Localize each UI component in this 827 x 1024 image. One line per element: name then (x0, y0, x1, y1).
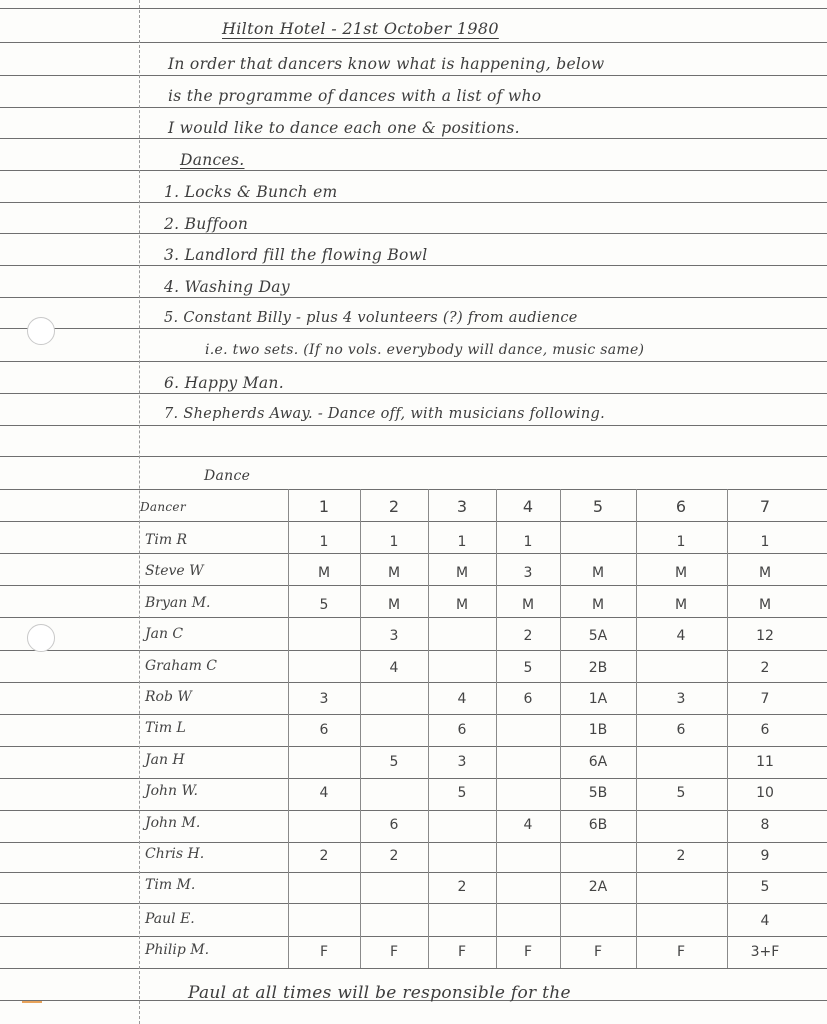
table-cell-position: 4 (428, 691, 496, 707)
ruled-line (0, 297, 827, 298)
ruled-line (0, 553, 827, 554)
table-cell-position: 5 (725, 879, 805, 895)
table-cell-position: 4 (636, 628, 727, 644)
ruled-line (0, 936, 827, 937)
table-cell-position: M (725, 597, 805, 613)
ruled-line (0, 138, 827, 139)
table-cell-position: 1 (360, 534, 428, 550)
table-header-dance-number: 6 (636, 497, 727, 516)
ruled-line (0, 425, 827, 426)
table-cell-position: 3 (288, 691, 360, 707)
table-cell-position: 7 (725, 691, 805, 707)
table-cell-position: F (288, 944, 360, 960)
dancer-name: Jan H (145, 752, 185, 768)
ruled-line (0, 8, 827, 9)
table-cell-position: F (636, 944, 727, 960)
table-cell-position: 3 (360, 628, 428, 644)
dance-item-note: i.e. two sets. (If no vols. everybody wi… (205, 342, 644, 358)
intro-line: I would like to dance each one & positio… (168, 119, 520, 137)
dancer-name: Tim L (145, 720, 186, 736)
table-cell-position: 6 (636, 722, 727, 738)
table-cell-position: M (725, 565, 805, 581)
table-cell-position: M (560, 565, 636, 581)
table-cell-position: 6A (560, 754, 636, 770)
table-cell-position: 5A (560, 628, 636, 644)
dances-heading: Dances. (180, 151, 245, 169)
table-cell-position: 5 (360, 754, 428, 770)
table-cell-position: 1 (636, 534, 727, 550)
dancer-name: Rob W (145, 689, 192, 705)
punch-hole (27, 317, 55, 345)
ruled-line (0, 393, 827, 394)
table-cell-position: M (360, 597, 428, 613)
table-cell-position: 5 (428, 785, 496, 801)
table-cell-position: 3 (428, 754, 496, 770)
ruled-line (0, 778, 827, 779)
table-header-dance-number: 3 (428, 497, 496, 516)
dancer-name: John W. (145, 783, 198, 799)
table-cell-position: 4 (360, 660, 428, 676)
table-cell-position: 12 (725, 628, 805, 644)
ruled-line (0, 968, 827, 969)
dancer-name: Steve W (145, 563, 204, 579)
intro-line: is the programme of dances with a list o… (168, 87, 541, 105)
dancer-name: Jan C (145, 626, 183, 642)
ruled-line (0, 328, 827, 329)
table-cell-position: M (428, 597, 496, 613)
table-cell-position: 9 (725, 848, 805, 864)
table-cell-position: 2 (360, 848, 428, 864)
table-cell-position: M (496, 597, 560, 613)
table-cell-position: 1 (288, 534, 360, 550)
table-header-dance-number: 4 (496, 497, 560, 516)
table-cell-position: 4 (496, 817, 560, 833)
dance-item: 2. Buffoon (164, 215, 248, 233)
table-cell-position: 2 (496, 628, 560, 644)
dance-item: 6. Happy Man. (164, 374, 284, 392)
ruled-line (0, 617, 827, 618)
ruled-line (0, 42, 827, 43)
ruled-line (0, 872, 827, 873)
table-cell-position: 8 (725, 817, 805, 833)
table-header-dance-number: 2 (360, 497, 428, 516)
table-cell-position: 5B (560, 785, 636, 801)
table-cell-position: 2B (560, 660, 636, 676)
ruled-line (0, 810, 827, 811)
table-column-divider (288, 489, 289, 968)
table-corner-dancer-label: Dancer (140, 500, 186, 514)
table-column-divider (636, 489, 637, 968)
table-column-divider (560, 489, 561, 968)
table-column-divider (496, 489, 497, 968)
table-corner-dance-label: Dance (204, 468, 250, 484)
table-cell-position: 6 (725, 722, 805, 738)
table-cell-position: F (428, 944, 496, 960)
table-column-divider (360, 489, 361, 968)
table-cell-position: 2A (560, 879, 636, 895)
dancer-name: Tim M. (145, 877, 195, 893)
table-cell-position: 3+F (725, 944, 805, 960)
table-cell-position: M (360, 565, 428, 581)
table-cell-position: 2 (288, 848, 360, 864)
ruled-line (0, 107, 827, 108)
table-cell-position: F (496, 944, 560, 960)
dance-item: 7. Shepherds Away. - Dance off, with mus… (164, 406, 605, 422)
dance-item: 1. Locks & Bunch em (164, 183, 338, 201)
table-cell-position: 3 (636, 691, 727, 707)
dancer-name: Philip M. (145, 942, 209, 958)
dancer-name: Bryan M. (145, 595, 211, 611)
table-cell-position: 6 (288, 722, 360, 738)
ruled-line (0, 585, 827, 586)
stray-mark (22, 1001, 42, 1003)
table-cell-position: 1A (560, 691, 636, 707)
ruled-line (0, 521, 827, 522)
table-header-dance-number: 5 (560, 497, 636, 516)
dancer-name: Chris H. (145, 846, 204, 862)
table-header-dance-number: 7 (725, 497, 805, 516)
table-cell-position: 6B (560, 817, 636, 833)
ruled-line (0, 842, 827, 843)
ruled-line (0, 903, 827, 904)
table-cell-position: 1 (725, 534, 805, 550)
table-column-divider (428, 489, 429, 968)
table-cell-position: 4 (725, 913, 805, 929)
table-cell-position: 10 (725, 785, 805, 801)
ruled-line (0, 361, 827, 362)
intro-line: In order that dancers know what is happe… (168, 55, 604, 73)
ruled-line (0, 650, 827, 651)
ruled-line (0, 456, 827, 457)
table-cell-position: 6 (496, 691, 560, 707)
page-title: Hilton Hotel - 21st October 1980 (222, 19, 499, 38)
table-column-divider (727, 489, 728, 968)
table-cell-position: 1 (428, 534, 496, 550)
table-cell-position: 2 (636, 848, 727, 864)
dance-item: 4. Washing Day (164, 278, 290, 296)
table-cell-position: 3 (496, 565, 560, 581)
dancer-name: Paul E. (145, 911, 195, 927)
ruled-line (0, 170, 827, 171)
dancer-name: Tim R (145, 532, 187, 548)
ruled-line (0, 714, 827, 715)
table-cell-position: 5 (496, 660, 560, 676)
table-cell-position: M (636, 597, 727, 613)
table-cell-position: F (560, 944, 636, 960)
ruled-line (0, 202, 827, 203)
table-cell-position: 2 (428, 879, 496, 895)
dance-item: 5. Constant Billy - plus 4 volunteers (?… (164, 310, 578, 326)
ruled-line (0, 746, 827, 747)
table-cell-position: 5 (636, 785, 727, 801)
ruled-line (0, 489, 827, 490)
dancer-name: Graham C (145, 658, 217, 674)
table-cell-position: 6 (360, 817, 428, 833)
dancer-name: John M. (145, 815, 200, 831)
ruled-line (0, 682, 827, 683)
table-header-dance-number: 1 (288, 497, 360, 516)
table-cell-position: M (428, 565, 496, 581)
table-cell-position: M (560, 597, 636, 613)
table-cell-position: 1 (496, 534, 560, 550)
table-cell-position: F (360, 944, 428, 960)
table-cell-position: 1B (560, 722, 636, 738)
table-cell-position: 4 (288, 785, 360, 801)
footer-note: Paul at all times will be responsible fo… (188, 983, 571, 1003)
table-cell-position: M (288, 565, 360, 581)
ruled-line (0, 233, 827, 234)
ruled-line (0, 265, 827, 266)
ruled-line (0, 75, 827, 76)
table-cell-position: 5 (288, 597, 360, 613)
punch-hole (27, 624, 55, 652)
table-cell-position: 6 (428, 722, 496, 738)
table-cell-position: 11 (725, 754, 805, 770)
table-cell-position: 2 (725, 660, 805, 676)
dance-item: 3. Landlord fill the flowing Bowl (164, 246, 427, 264)
table-cell-position: M (636, 565, 727, 581)
